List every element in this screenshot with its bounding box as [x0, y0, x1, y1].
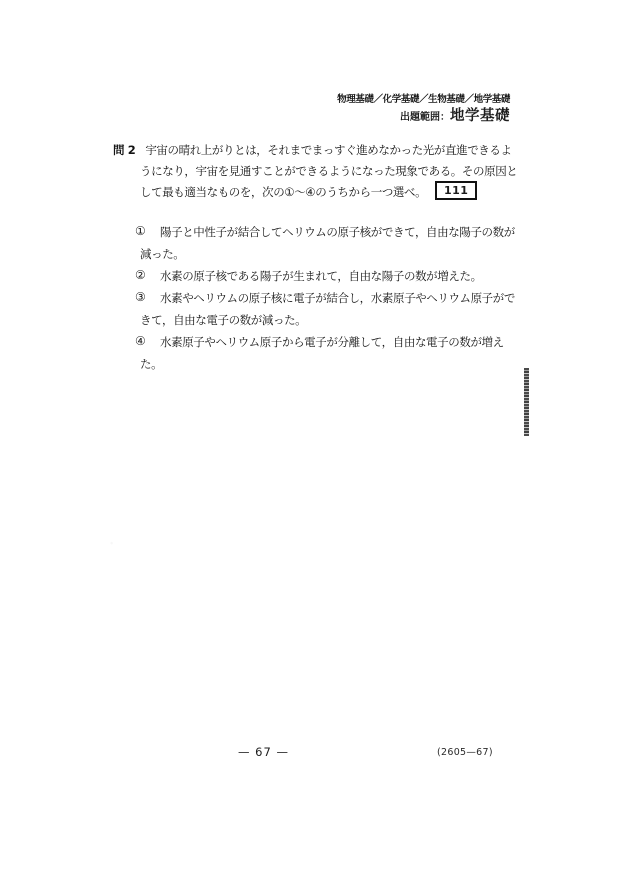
question-text-line-2: うになり，宇宙を見通すことができるようになった現象である。その原因と	[140, 163, 517, 179]
scope-subject: 地学基礎	[450, 104, 510, 125]
option-3-circled-number: ③	[135, 290, 160, 304]
option-4-text-line-1: 水素原子やヘリウム原子から電子が分離して，自由な電子の数が増え	[160, 334, 504, 350]
option-2-text-line-1: 水素の原子核である陽子が生まれて，自由な陽子の数が増えた。	[160, 268, 482, 284]
option-2: ② 水素の原子核である陽子が生まれて，自由な陽子の数が増えた。	[135, 268, 525, 290]
option-4-circled-number: ④	[135, 334, 160, 348]
right-margin-vertical-print	[524, 368, 529, 436]
option-4: ④ 水素原子やヘリウム原子から電子が分離して，自由な電子の数が増え た。	[135, 334, 525, 378]
option-1-text-line-1: 陽子と中性子が結合してヘリウムの原子核ができて，自由な陽子の数が	[160, 224, 515, 240]
footer-page-number: — 67 —	[238, 745, 289, 759]
question-number: 問 2	[113, 142, 135, 158]
footer-booklet-code: (2605—67)	[437, 747, 493, 758]
exam-page: 物理基礎／化学基礎／生物基礎／地学基礎 出題範囲： 地学基礎 問 2宇宙の晴れ上…	[0, 0, 620, 876]
question-line-3: して最も適当なものを，次の①～④のうちから一つ選べ。 111	[140, 184, 477, 200]
header-exam-scope: 出題範囲： 地学基礎	[400, 104, 510, 125]
scope-label: 出題範囲：	[400, 108, 450, 123]
answer-number-box: 111	[435, 181, 477, 200]
option-1-text-line-2: 減った。	[140, 246, 525, 268]
option-2-circled-number: ②	[135, 268, 160, 282]
option-1: ① 陽子と中性子が結合してヘリウムの原子核ができて，自由な陽子の数が 減った。	[135, 224, 525, 268]
header-subjects-line: 物理基礎／化学基礎／生物基礎／地学基礎	[337, 91, 510, 105]
option-3: ③ 水素やヘリウムの原子核に電子が結合し，水素原子やヘリウム原子がで きて，自由…	[135, 290, 525, 334]
option-1-circled-number: ①	[135, 224, 160, 238]
option-4-text-line-2: た。	[140, 356, 525, 378]
option-3-text-line-1: 水素やヘリウムの原子核に電子が結合し，水素原子やヘリウム原子がで	[160, 290, 515, 306]
question-text-line-1: 宇宙の晴れ上がりとは，それまでまっすぐ進めなかった光が直進できるよ	[145, 143, 511, 157]
question-line-1: 問 2宇宙の晴れ上がりとは，それまでまっすぐ進めなかった光が直進できるよ	[113, 142, 512, 158]
option-3-text-line-2: きて，自由な電子の数が減った。	[140, 312, 525, 334]
question-text-line-3: して最も適当なものを，次の①～④のうちから一つ選べ。	[140, 184, 426, 200]
